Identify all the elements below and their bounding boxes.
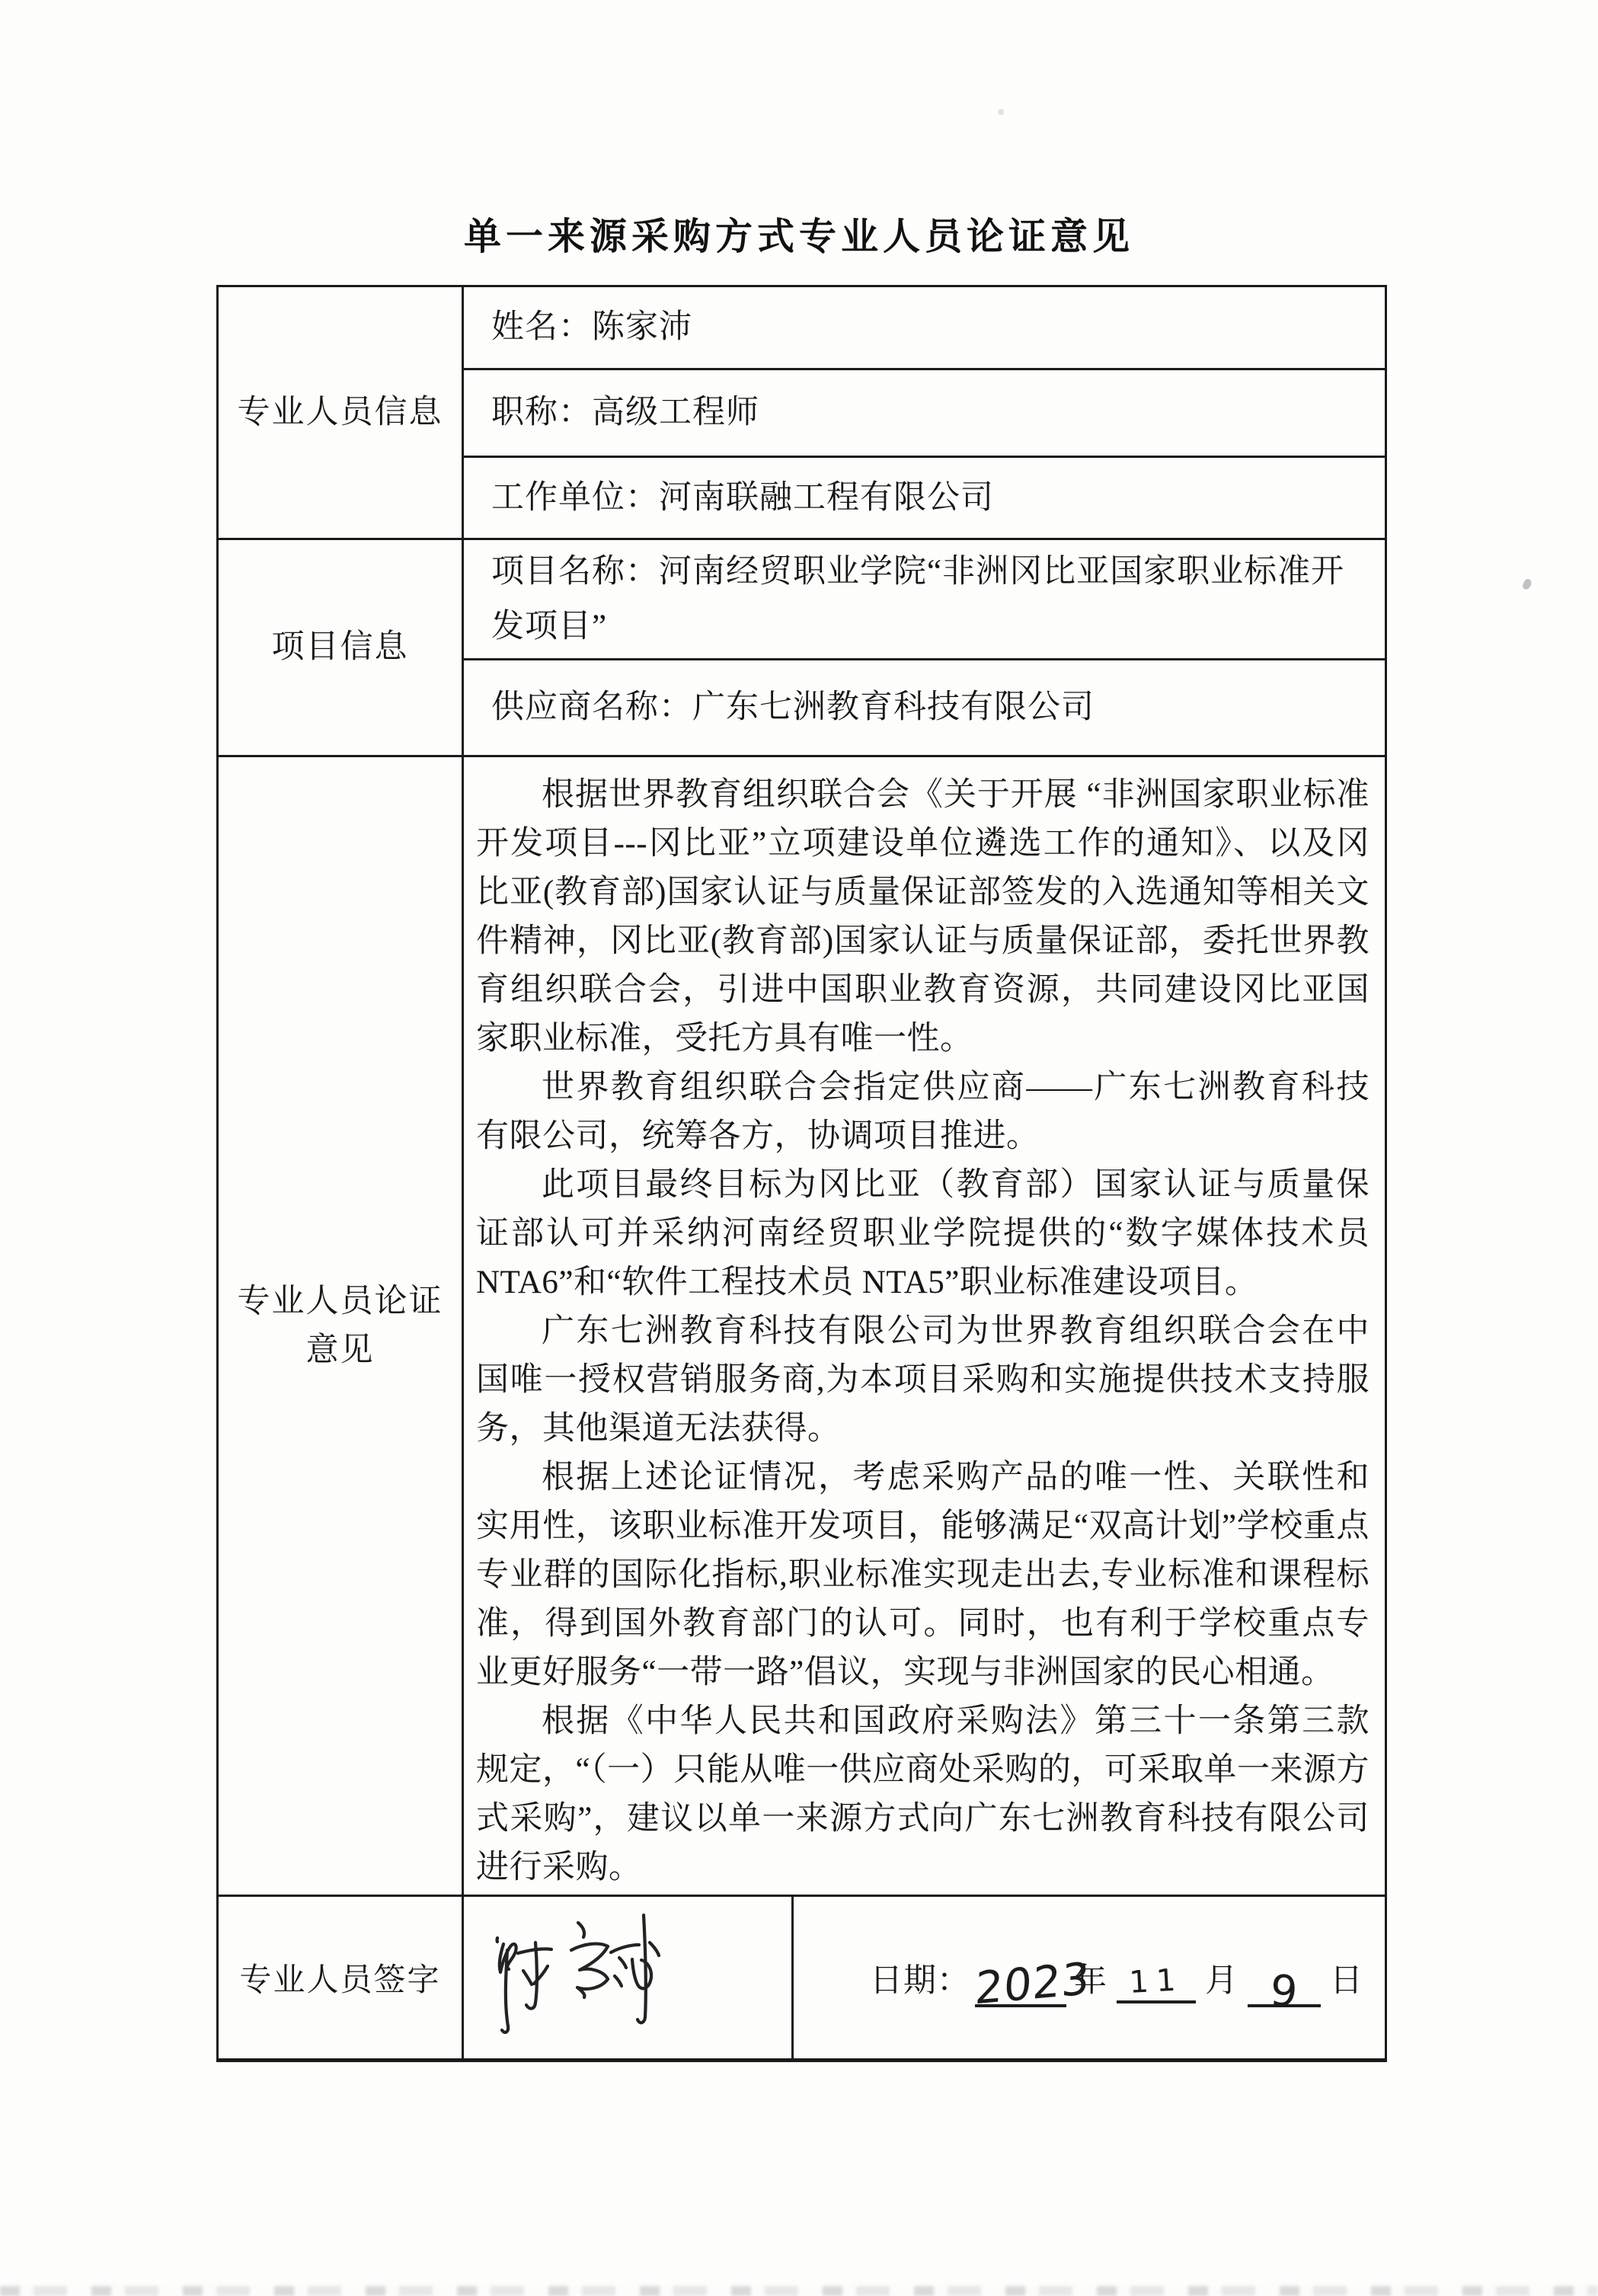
- project-info-header-label: 项目信息: [272, 623, 409, 672]
- date-month-underline: 11: [1117, 1952, 1196, 2003]
- signature-field: 陈家沛: [464, 1897, 794, 2058]
- project-info-header: 项目信息: [219, 540, 464, 755]
- page-title: 单一来源采购方式专业人员论证意见: [0, 207, 1598, 261]
- scanned-document-page: 单一来源采购方式专业人员论证意见 专业人员信息 姓名：陈家沛 职称：高级工程师 …: [0, 0, 1598, 2296]
- date-prefix-label: 日期：: [870, 1955, 970, 2001]
- date-year-underline: 2023: [975, 1948, 1066, 2007]
- scan-speck: [998, 109, 1004, 115]
- section-personnel-info: 专业人员信息 姓名：陈家沛 职称：高级工程师 工作单位：河南联融工程有限公司: [219, 287, 1385, 540]
- personnel-info-content: 姓名：陈家沛 职称：高级工程师 工作单位：河南联融工程有限公司: [464, 287, 1385, 538]
- opinion-form-table: 专业人员信息 姓名：陈家沛 职称：高级工程师 工作单位：河南联融工程有限公司 项…: [216, 285, 1387, 2062]
- opinion-paragraph: 根据世界教育组织联合会《关于开展 “非洲国家职业标准开发项目---冈比亚”立项建…: [476, 771, 1369, 1063]
- table-row-project-name: 项目名称：河南经贸职业学院“非洲冈比亚国家职业标准开发项目”: [464, 540, 1385, 660]
- scan-bottom-smudge: [0, 2286, 1598, 2296]
- table-row-supplier-name: 供应商名称：广东七洲教育科技有限公司: [464, 660, 1385, 755]
- month-unit-label: 月: [1205, 1955, 1238, 2001]
- personnel-info-header-label: 专业人员信息: [238, 389, 443, 437]
- personnel-info-header: 专业人员信息: [219, 287, 464, 538]
- table-row-work-unit: 工作单位：河南联融工程有限公司: [464, 458, 1385, 538]
- table-row-name: 姓名：陈家沛: [464, 287, 1385, 370]
- opinion-header-label: 专业人员论证意见: [237, 1278, 444, 1375]
- opinion-paragraph: 此项目最终目标为冈比亚（教育部）国家认证与质量保证部认可并采纳河南经贸职业学院提…: [476, 1161, 1369, 1307]
- section-opinion: 专业人员论证意见 根据世界教育组织联合会《关于开展 “非洲国家职业标准开发项目-…: [219, 757, 1385, 1897]
- opinion-header: 专业人员论证意见: [219, 757, 464, 1895]
- section-signature: 专业人员签字 陈家沛: [219, 1897, 1385, 2058]
- day-unit-label: 日: [1330, 1955, 1363, 2001]
- opinion-content: 根据世界教育组织联合会《关于开展 “非洲国家职业标准开发项目---冈比亚”立项建…: [464, 757, 1385, 1895]
- opinion-paragraph: 广东七洲教育科技有限公司为世界教育组织联合会在中国唯一授权营销服务商,为本项目采…: [476, 1307, 1369, 1453]
- opinion-text-cell: 根据世界教育组织联合会《关于开展 “非洲国家职业标准开发项目---冈比亚”立项建…: [464, 757, 1385, 1895]
- opinion-paragraph: 世界教育组织联合会指定供应商——广东七洲教育科技有限公司，统筹各方，协调项目推进…: [476, 1063, 1369, 1161]
- scan-speck: [1522, 578, 1532, 591]
- date-day-handwritten: 9: [1245, 1964, 1322, 2019]
- date-field: 日期： 2023 年 11 月 9 日: [794, 1897, 1385, 2058]
- project-info-content: 项目名称：河南经贸职业学院“非洲冈比亚国家职业标准开发项目” 供应商名称：广东七…: [464, 540, 1385, 755]
- table-row-job-title: 职称：高级工程师: [464, 370, 1385, 458]
- section-project-info: 项目信息 项目名称：河南经贸职业学院“非洲冈比亚国家职业标准开发项目” 供应商名…: [219, 540, 1385, 757]
- opinion-paragraph: 根据《中华人民共和国政府采购法》第三十一条第三款规定，“（一）只能从唯一供应商处…: [476, 1697, 1369, 1892]
- signature-header-label: 专业人员签字: [219, 1897, 464, 2058]
- date-year-handwritten: 2023: [973, 1954, 1067, 2014]
- signature-handwriting: [470, 1897, 790, 2057]
- date-day-underline: 9: [1248, 1948, 1321, 2007]
- opinion-paragraph: 根据上述论证情况，考虑采购产品的唯一性、关联性和实用性，该职业标准开发项目，能够…: [476, 1453, 1369, 1697]
- date-month-handwritten: 11: [1116, 1962, 1197, 2000]
